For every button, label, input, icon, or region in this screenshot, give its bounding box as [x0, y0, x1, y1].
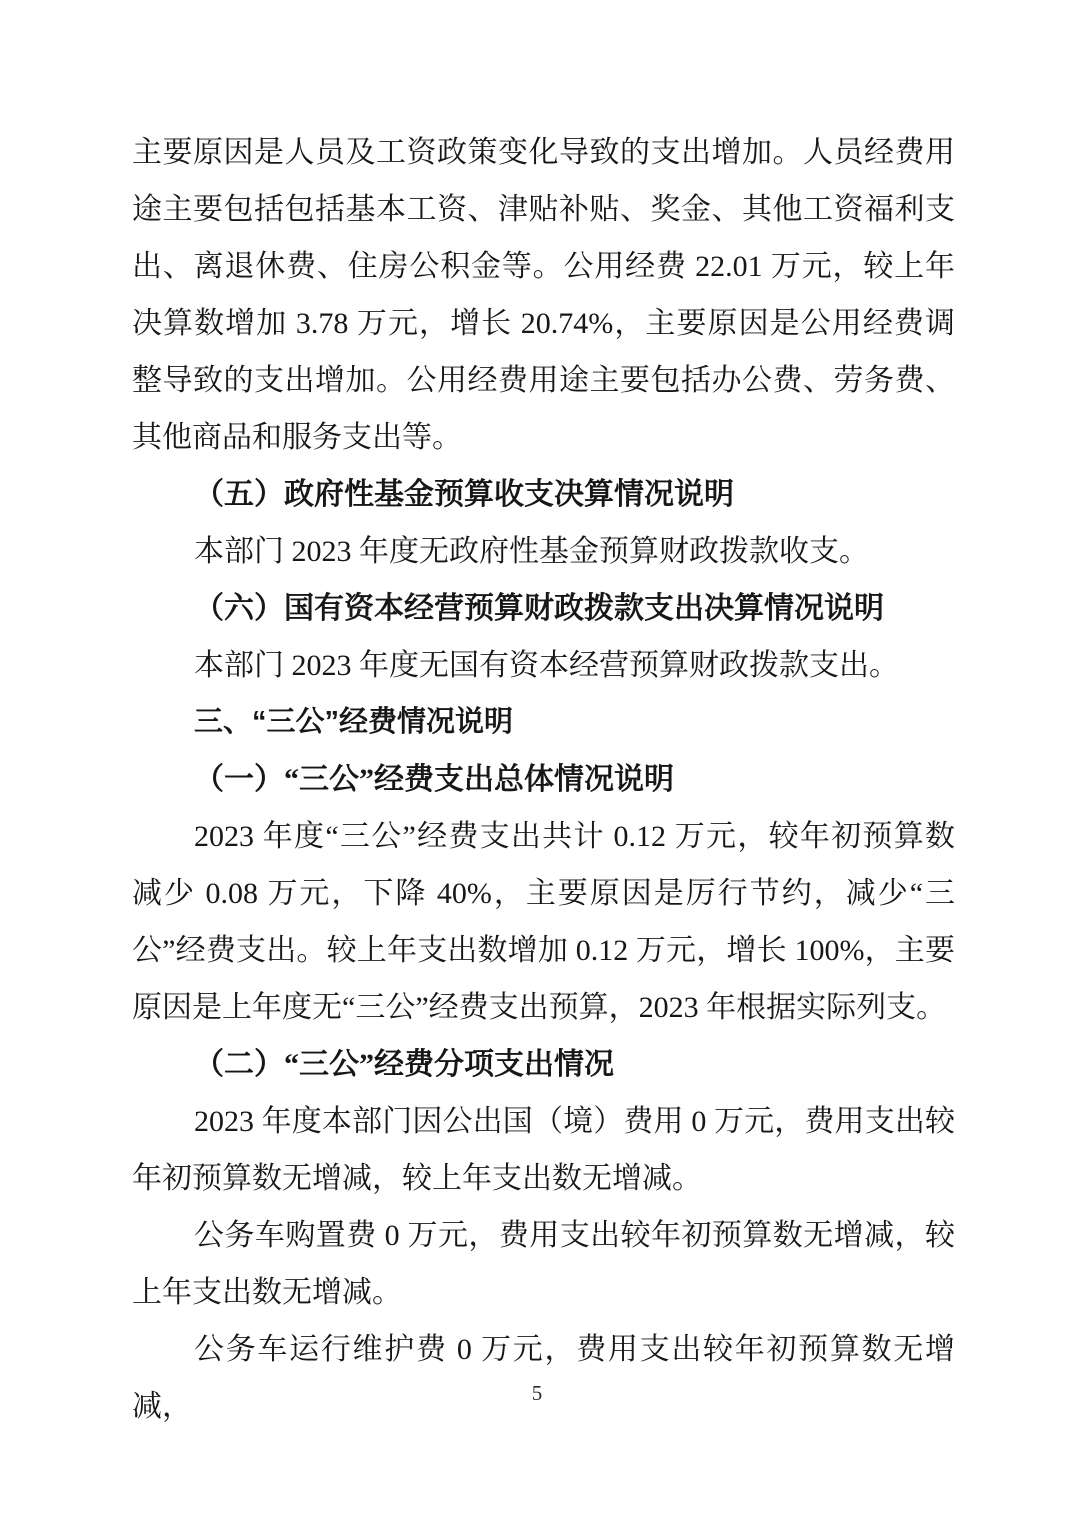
section-heading-three-public-itemized: （二）“三公”经费分项支出情况 [132, 1036, 955, 1093]
paragraph-vehicle-maintenance: 公务车运行维护费 0 万元，费用支出较年初预算数无增减， [132, 1321, 955, 1435]
paragraph-personnel-funds-continuation: 主要原因是人员及工资政策变化导致的支出增加。人员经费用途主要包括包括基本工资、津… [132, 124, 955, 466]
section-heading-gov-fund-budget: （五）政府性基金预算收支决算情况说明 [132, 466, 955, 523]
section-heading-state-capital-budget: （六）国有资本经营预算财政拨款支出决算情况说明 [132, 580, 955, 637]
paragraph-three-public-overall: 2023 年度“三公”经费支出共计 0.12 万元，较年初预算数减少 0.08 … [132, 808, 955, 1036]
page-number: 5 [0, 1381, 1074, 1406]
document-body: 主要原因是人员及工资政策变化导致的支出增加。人员经费用途主要包括包括基本工资、津… [132, 124, 955, 1435]
section-heading-three-public-expenses: 三、“三公”经费情况说明 [132, 694, 955, 751]
paragraph-state-capital-budget: 本部门 2023 年度无国有资本经营预算财政拨款支出。 [132, 637, 955, 694]
paragraph-overseas-trips: 2023 年度本部门因公出国（境）费用 0 万元，费用支出较年初预算数无增减，较… [132, 1093, 955, 1207]
paragraph-vehicle-purchase: 公务车购置费 0 万元，费用支出较年初预算数无增减，较上年支出数无增减。 [132, 1207, 955, 1321]
document-page: 主要原因是人员及工资政策变化导致的支出增加。人员经费用途主要包括包括基本工资、津… [0, 0, 1074, 1520]
paragraph-gov-fund-budget: 本部门 2023 年度无政府性基金预算财政拨款收支。 [132, 523, 955, 580]
section-heading-three-public-overall: （一）“三公”经费支出总体情况说明 [132, 751, 955, 808]
